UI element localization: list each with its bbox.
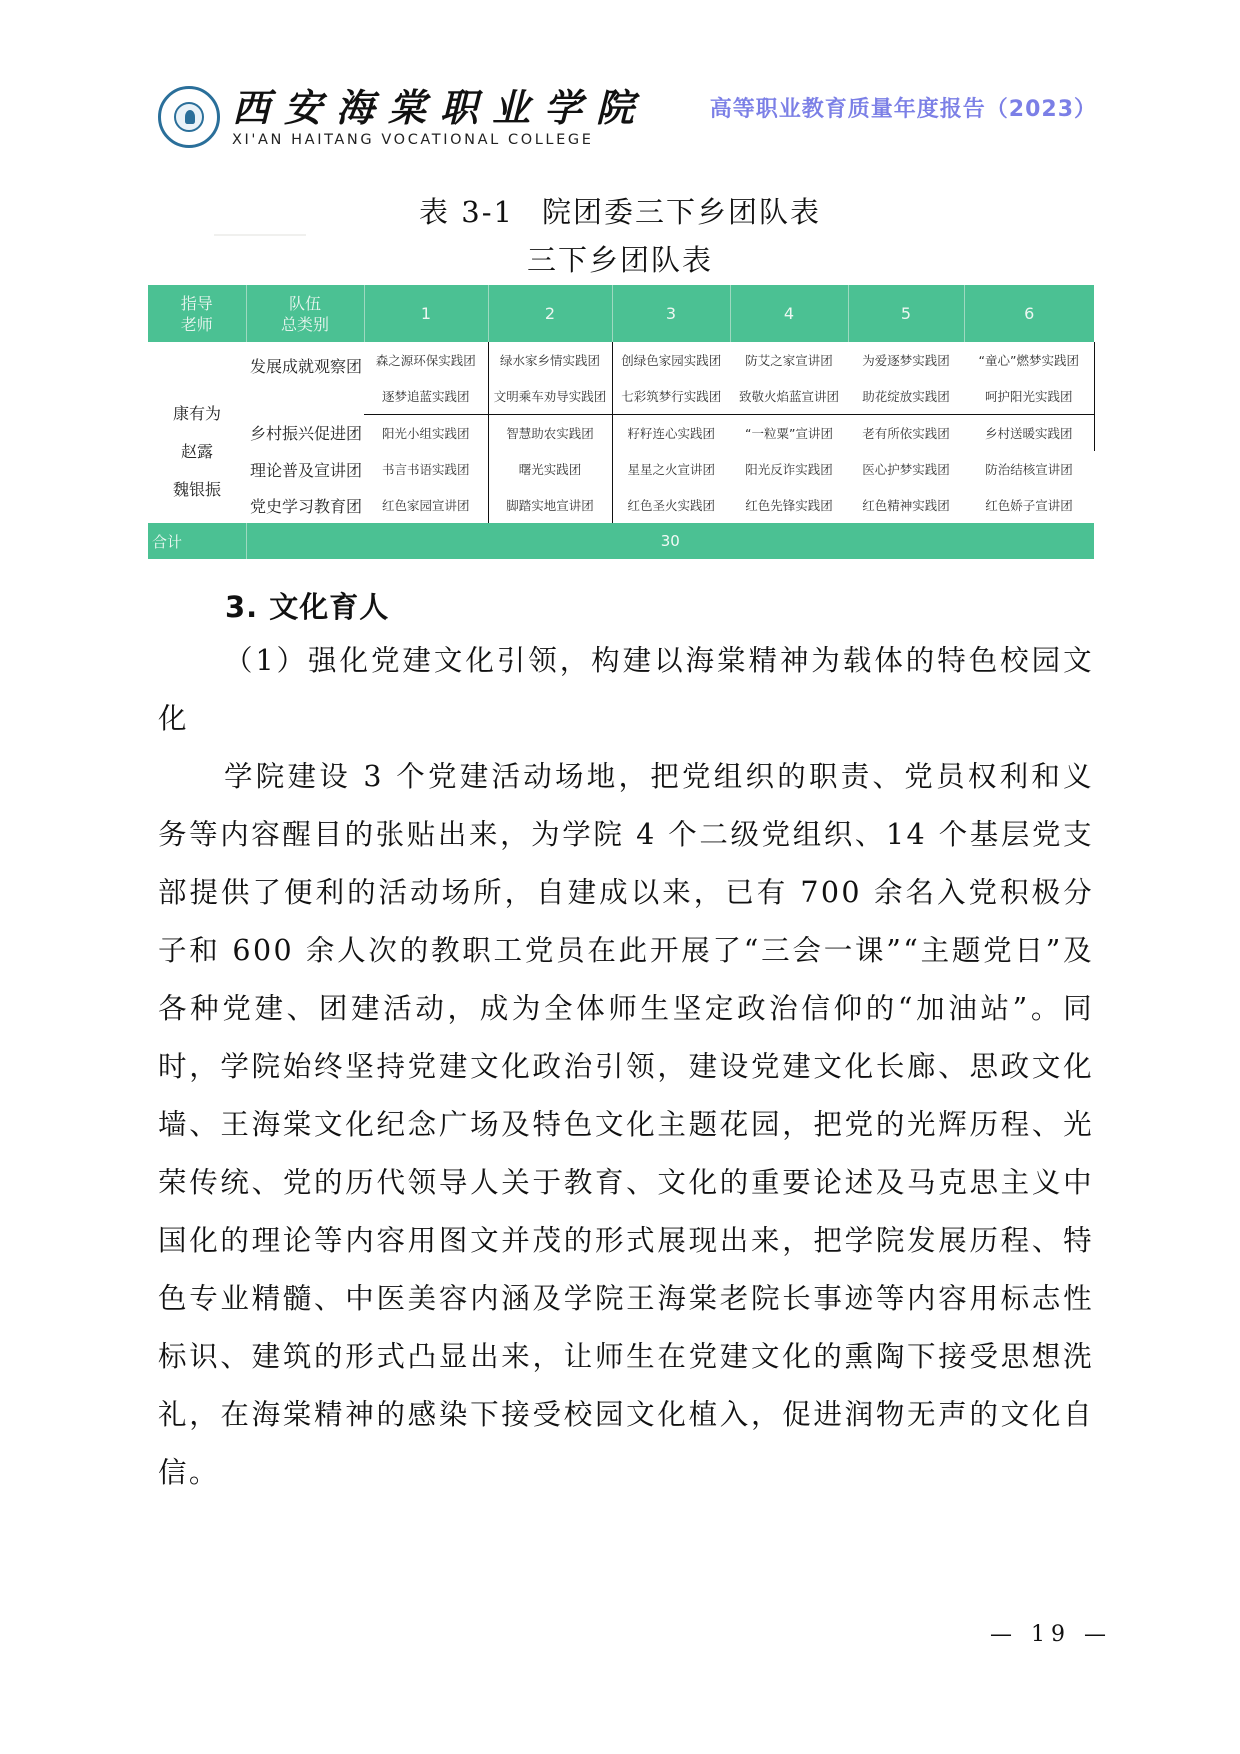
team-cell: 森之源环保实践团 — [364, 342, 488, 378]
team-cell: 红色精神实践团 — [848, 487, 964, 523]
teacher-name: 魏银振 — [148, 471, 246, 509]
team-cell: 书言书语实践团 — [364, 451, 488, 487]
teacher-name: 赵露 — [148, 433, 246, 471]
header-col-1: 1 — [364, 285, 488, 342]
category-cell: 党史学习教育团 — [246, 487, 364, 523]
table-caption: 表 3-1院团委三下乡团队表 — [0, 190, 1240, 231]
table-row: 乡村振兴促进团 阳光小组实践团 智慧助农实践团 籽籽连心实践团 “一粒粟”宣讲团… — [148, 415, 1094, 452]
team-cell: 红色娇子宣讲团 — [964, 487, 1094, 523]
teams-table: 指导老师 队伍总类别 1 2 3 4 5 6 康有为 赵露 魏银振 发展成就观察… — [148, 285, 1095, 559]
table-subtitle: 三下乡团队表 — [0, 238, 1240, 279]
section-subheading: （1）强化党建文化引领，构建以海棠精神为载体的特色校园文化 — [158, 632, 1094, 748]
team-cell: “童心”燃梦实践团 — [964, 342, 1094, 378]
teacher-cell: 康有为 赵露 魏银振 — [148, 342, 246, 523]
team-cell: 防治结核宣讲团 — [964, 451, 1094, 487]
team-cell: 老有所依实践团 — [848, 415, 964, 452]
header-col-2: 2 — [488, 285, 612, 342]
header-col-6: 6 — [964, 285, 1094, 342]
report-title: 高等职业教育质量年度报告（2023） — [710, 92, 1097, 123]
team-cell: 助花绽放实践团 — [848, 378, 964, 415]
college-emblem-icon — [158, 86, 220, 148]
table-row: 康有为 赵露 魏银振 发展成就观察团 森之源环保实践团 绿水家乡情实践团 创绿色… — [148, 342, 1094, 378]
team-cell: 绿水家乡情实践团 — [488, 342, 612, 378]
team-cell: 脚踏实地宣讲团 — [488, 487, 612, 523]
team-cell: “一粒粟”宣讲团 — [730, 415, 848, 452]
team-cell: 为爱逐梦实践团 — [848, 342, 964, 378]
college-name-cn: 西安海棠职业学院 — [232, 86, 648, 130]
header-category: 队伍总类别 — [246, 285, 364, 342]
teacher-name: 康有为 — [148, 395, 246, 433]
team-cell: 阳光反诈实践团 — [730, 451, 848, 487]
page-number: — 19 — — [990, 1622, 1112, 1647]
divider — [214, 234, 306, 236]
table-header-row: 指导老师 队伍总类别 1 2 3 4 5 6 — [148, 285, 1094, 342]
category-cell: 理论普及宣讲团 — [246, 451, 364, 487]
team-cell: 文明乘车劝导实践团 — [488, 378, 612, 415]
college-name-en: XI'AN HAITANG VOCATIONAL COLLEGE — [232, 132, 648, 148]
team-cell: 红色家园宣讲团 — [364, 487, 488, 523]
total-value: 30 — [246, 523, 1094, 559]
table-row: 党史学习教育团 红色家园宣讲团 脚踏实地宣讲团 红色圣火实践团 红色先锋实践团 … — [148, 487, 1094, 523]
header-col-4: 4 — [730, 285, 848, 342]
team-cell: 逐梦追蓝实践团 — [364, 378, 488, 415]
team-cell: 呵护阳光实践团 — [964, 378, 1094, 415]
college-logo: 西安海棠职业学院 XI'AN HAITANG VOCATIONAL COLLEG… — [158, 86, 648, 148]
team-cell: 七彩筑梦行实践团 — [612, 378, 730, 415]
body-paragraph: 学院建设 3 个党建活动场地，把党组织的职责、党员权利和义务等内容醒目的张贴出来… — [158, 748, 1094, 1502]
page-header: 西安海棠职业学院 XI'AN HAITANG VOCATIONAL COLLEG… — [0, 0, 1240, 160]
team-cell: 籽籽连心实践团 — [612, 415, 730, 452]
team-cell: 防艾之家宣讲团 — [730, 342, 848, 378]
team-cell: 乡村送暖实践团 — [964, 415, 1094, 452]
table-total-row: 合计 30 — [148, 523, 1094, 559]
category-cell: 乡村振兴促进团 — [246, 415, 364, 452]
category-cell: 发展成就观察团 — [246, 342, 364, 415]
header-col-5: 5 — [848, 285, 964, 342]
team-cell: 星星之火宣讲团 — [612, 451, 730, 487]
team-cell: 致敬火焰蓝宣讲团 — [730, 378, 848, 415]
team-cell: 曙光实践团 — [488, 451, 612, 487]
team-cell: 创绿色家园实践团 — [612, 342, 730, 378]
total-label: 合计 — [148, 523, 246, 559]
team-cell: 红色先锋实践团 — [730, 487, 848, 523]
team-cell: 阳光小组实践团 — [364, 415, 488, 452]
team-cell: 红色圣火实践团 — [612, 487, 730, 523]
header-col-3: 3 — [612, 285, 730, 342]
team-cell: 智慧助农实践团 — [488, 415, 612, 452]
team-cell: 医心护梦实践团 — [848, 451, 964, 487]
section-heading: 3. 文化育人 — [225, 585, 389, 626]
header-teacher: 指导老师 — [148, 285, 246, 342]
table-caption-title: 院团委三下乡团队表 — [542, 195, 821, 229]
table-row: 理论普及宣讲团 书言书语实践团 曙光实践团 星星之火宣讲团 阳光反诈实践团 医心… — [148, 451, 1094, 487]
table-caption-number: 表 3-1 — [419, 195, 514, 229]
